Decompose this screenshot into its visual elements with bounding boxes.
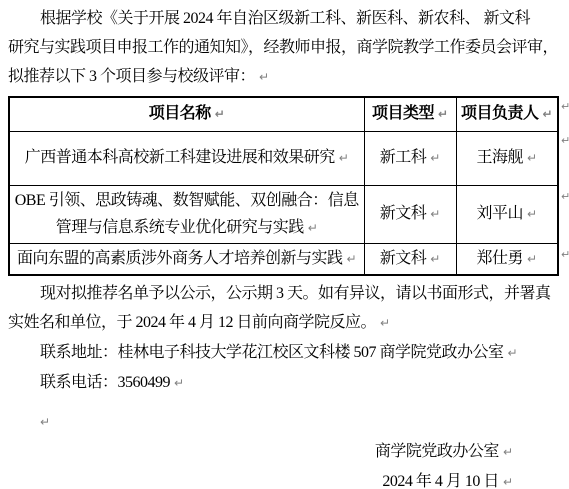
cell-end-mark: ↵ <box>430 207 440 221</box>
project-table: 项目名称↵ 项目类型↵ 项目负责人↵ 广西普通本科高校新工科建设进展和效果研究↵… <box>8 96 559 276</box>
header-project-leader: 项目负责人↵ <box>456 97 558 131</box>
cell-end-mark: ↵ <box>308 221 318 235</box>
cell-end-mark: ↵ <box>527 151 537 165</box>
cell-end-mark: ↵ <box>438 107 448 121</box>
paragraph-mark: ↵ <box>380 316 390 330</box>
row-end-mark: ↵ <box>561 134 569 147</box>
header-project-name-text: 项目名称 <box>149 105 211 122</box>
empty-paragraph: ↵ <box>8 407 561 437</box>
cell-project-leader: 郑仕勇↵ <box>456 243 558 275</box>
paragraph-mark: ↵ <box>503 475 513 489</box>
cell-project-type: 新工科↵ <box>364 131 456 185</box>
header-project-leader-text: 项目负责人 <box>461 105 539 122</box>
paragraph-mark: ↵ <box>174 376 184 390</box>
header-project-type-text: 项目类型 <box>372 105 434 122</box>
signature-date-text: 2024 年 4 月 10 日 <box>382 473 499 489</box>
table-row: 广西普通本科高校新工科建设进展和效果研究↵ 新工科↵ 王海舰↵ <box>9 131 558 185</box>
notice-line-2: 实姓名和单位，于 2024 年 4 月 12 日前向商学院反应。↵ <box>8 308 561 338</box>
cell-project-type-text: 新工科 <box>380 149 427 166</box>
cell-project-type-text: 新文科 <box>380 250 427 267</box>
notice-line-1: 现对拟推荐名单予以公示，公示期 3 天。如有异议，请以书面形式，并署真 <box>8 279 561 308</box>
paragraph-mark: ↵ <box>508 346 518 360</box>
cell-end-mark: ↵ <box>527 252 537 266</box>
paragraph-mark: ↵ <box>503 445 513 459</box>
cell-project-leader-text: 王海舰 <box>476 149 523 166</box>
signature-org-line: 商学院党政办公室↵ <box>8 437 561 467</box>
cell-project-name-text: 广西普通本科高校新工科建设进展和效果研究 <box>25 149 335 166</box>
cell-project-leader-text: 郑仕勇 <box>476 250 523 267</box>
cell-project-name: 广西普通本科高校新工科建设进展和效果研究↵ <box>9 131 364 185</box>
contact-phone-text: 联系电话：3560499 <box>40 374 170 391</box>
project-table-container: 项目名称↵ 项目类型↵ 项目负责人↵ 广西普通本科高校新工科建设进展和效果研究↵… <box>8 96 561 276</box>
cell-project-name-text: 面向东盟的高素质涉外商务人才培养创新与实践 <box>17 250 343 267</box>
row-end-mark: ↵ <box>561 100 569 113</box>
intro-line-1: 根据学校《关于开展 2024 年自治区级新工科、新医科、新农科、 新文科 <box>8 4 561 33</box>
cell-end-mark: ↵ <box>215 107 225 121</box>
cell-project-type: 新文科↵ <box>364 243 456 275</box>
table-row: OBE 引领、思政铸魂、数智赋能、双创融合：信息管理与信息系统专业优化研究与实践… <box>9 185 558 243</box>
contact-phone-line: 联系电话：3560499↵ <box>8 368 561 398</box>
intro-line-3-text: 拟推荐以下 3 个项目参与校级评审： <box>8 68 255 85</box>
cell-project-type: 新文科↵ <box>364 185 456 243</box>
document-page: 根据学校《关于开展 2024 年自治区级新工科、新医科、新农科、 新文科 研究与… <box>0 0 569 489</box>
cell-project-leader: 王海舰↵ <box>456 131 558 185</box>
cell-project-type-text: 新文科 <box>380 205 427 222</box>
intro-paragraph: 根据学校《关于开展 2024 年自治区级新工科、新医科、新农科、 新文科 研究与… <box>8 4 561 92</box>
intro-line-3: 拟推荐以下 3 个项目参与校级评审：↵ <box>8 62 561 92</box>
cell-end-mark: ↵ <box>339 151 349 165</box>
signature-date-line: 2024 年 4 月 10 日↵ <box>8 467 561 489</box>
cell-end-mark: ↵ <box>527 207 537 221</box>
cell-project-leader: 刘平山↵ <box>456 185 558 243</box>
cell-project-name: 面向东盟的高素质涉外商务人才培养创新与实践↵ <box>9 243 364 275</box>
header-project-name: 项目名称↵ <box>9 97 364 131</box>
cell-project-leader-text: 刘平山 <box>476 205 523 222</box>
cell-end-mark: ↵ <box>430 151 440 165</box>
header-project-type: 项目类型↵ <box>364 97 456 131</box>
table-header-row: 项目名称↵ 项目类型↵ 项目负责人↵ <box>9 97 558 131</box>
paragraph-mark: ↵ <box>259 70 269 84</box>
cell-end-mark: ↵ <box>346 252 356 266</box>
cell-project-name: OBE 引领、思政铸魂、数智赋能、双创融合：信息管理与信息系统专业优化研究与实践… <box>9 185 364 243</box>
intro-line-2: 研究与实践项目申报工作的通知知》，经教师申报，商学院教学工作委员会评审， <box>8 33 561 62</box>
paragraph-mark: ↵ <box>40 415 50 429</box>
contact-address-text: 联系地址：桂林电子科技大学花江校区文科楼 507 商学院党政办公室 <box>40 344 504 361</box>
signature-org-text: 商学院党政办公室 <box>375 443 499 460</box>
cell-end-mark: ↵ <box>542 107 552 121</box>
notice-line-2-text: 实姓名和单位，于 2024 年 4 月 12 日前向商学院反应。 <box>8 314 376 331</box>
notice-paragraph: 现对拟推荐名单予以公示，公示期 3 天。如有异议，请以书面形式，并署真 实姓名和… <box>8 279 561 338</box>
cell-end-mark: ↵ <box>430 252 440 266</box>
contact-address-line: 联系地址：桂林电子科技大学花江校区文科楼 507 商学院党政办公室↵ <box>8 338 561 368</box>
table-row: 面向东盟的高素质涉外商务人才培养创新与实践↵ 新文科↵ 郑仕勇↵ <box>9 243 558 275</box>
row-end-mark: ↵ <box>561 248 569 261</box>
row-end-mark: ↵ <box>561 190 569 203</box>
